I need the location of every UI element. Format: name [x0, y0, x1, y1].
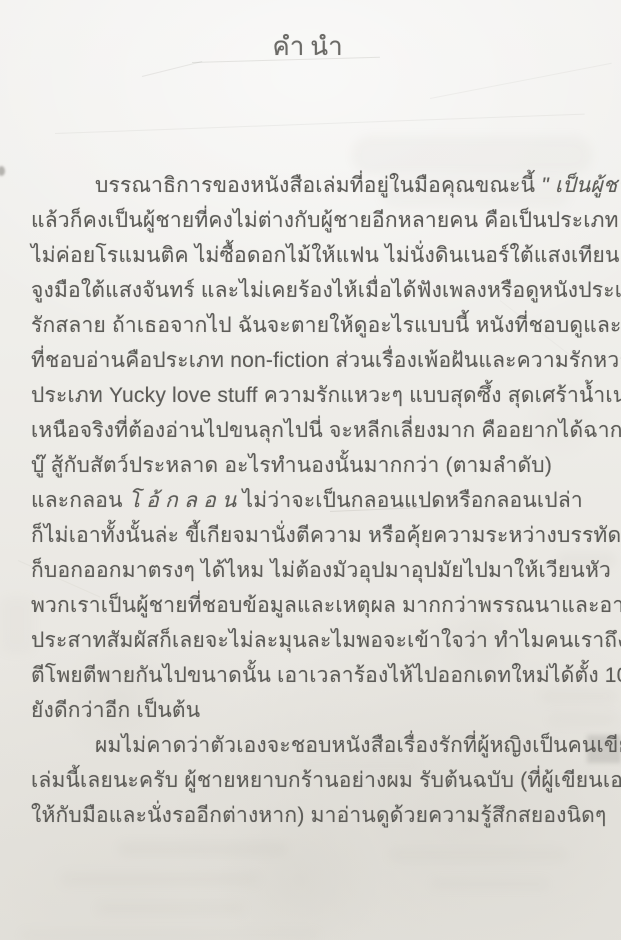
text-line: ประสาทสัมผัสก็เลยจะไม่ละมุนละไมพอจะเข้าใ…	[31, 623, 607, 658]
text-segment: เหนือจริงที่ต้องอ่านไปขนลุกไปนี่ จะหลีกเ…	[31, 419, 621, 442]
text-line: ประเภท Yucky love stuff ความรักแหวะๆ แบบ…	[31, 378, 607, 413]
text-segment: ให้กับมือและนั่งรออีกต่างหาก) มาอ่านดูด้…	[31, 804, 606, 827]
text-segment: ไม่ว่าจะเป็นกลอนแปดหรือกลอนเปล่า	[237, 489, 583, 512]
text-line: ก็ไม่เอาทั้งนั้นล่ะ ขี้เกียจมานั่งตีความ…	[31, 518, 607, 553]
text-segment: ก็บอกออกมาตรงๆ ได้ไหม ไม่ต้องมัวอุปมาอุป…	[31, 559, 611, 582]
text-segment: ไม่ค่อยโรแมนติค ไม่ซื้อดอกไม้ให้แฟน ไม่น…	[31, 244, 621, 267]
showthrough-ghost	[430, 878, 550, 890]
text-segment: บรรณาธิการของหนังสือเล่มที่อยู่ในมือคุณข…	[95, 174, 541, 197]
text-segment: พวกเราเป็นผู้ชายที่ชอบข้อมูลและเหตุผล มา…	[31, 594, 621, 617]
text-line: พวกเราเป็นผู้ชายที่ชอบข้อมูลและเหตุผล มา…	[31, 588, 607, 623]
showthrough-ghost	[96, 902, 246, 915]
text-segment: ผมไม่คาดว่าตัวเองจะชอบหนังสือเรื่องรักที…	[95, 734, 621, 757]
text-line: ยังดีกว่าอีก เป็นต้น	[31, 693, 607, 728]
text-segment: ที่ชอบอ่านคือประเภท non-fiction ส่วนเรื่…	[31, 349, 621, 372]
text-line: เล่มนี้เลยนะครับ ผู้ชายหยาบกร้านอย่างผม …	[31, 763, 607, 798]
scratch-line	[55, 114, 585, 134]
scan-speck	[0, 166, 5, 176]
text-segment: และกลอน	[31, 489, 129, 512]
text-segment: จูงมือใต้แสงจันทร์ และไม่เคยร้องไห้เมื่อ…	[31, 279, 621, 302]
text-line: ให้กับมือและนั่งรออีกต่างหาก) มาอ่านดูด้…	[31, 798, 607, 833]
body-text: บรรณาธิการของหนังสือเล่มที่อยู่ในมือคุณข…	[31, 168, 607, 833]
text-line: บู๊ สู้กับสัตว์ประหลาด อะไรทำนองนั้นมากก…	[31, 448, 607, 483]
text-line: รักสลาย ถ้าเธอจากไป ฉันจะตายให้ดูอะไรแบบ…	[31, 308, 607, 343]
text-segment: ประสาทสัมผัสก็เลยจะไม่ละมุนละไมพอจะเข้าใ…	[31, 629, 621, 652]
showthrough-ghost	[118, 842, 288, 856]
text-line: ก็บอกออกมาตรงๆ ได้ไหม ไม่ต้องมัวอุปมาอุป…	[31, 553, 607, 588]
text-segment: แล้วก็คงเป็นผู้ชายที่คงไม่ต่างกับผู้ชายอ…	[31, 209, 619, 232]
text-line: ตีโพยตีพายกันไปขนาดนั้น เอาเวลาร้องไห้ไป…	[31, 658, 607, 693]
text-line: ไม่ค่อยโรแมนติค ไม่ซื้อดอกไม้ให้แฟน ไม่น…	[31, 238, 607, 273]
text-segment: ตีโพยตีพายกันไปขนาดนั้น เอาเวลาร้องไห้ไป…	[31, 664, 621, 687]
text-line: จูงมือใต้แสงจันทร์ และไม่เคยร้องไห้เมื่อ…	[31, 273, 607, 308]
page-title: คำนำ	[0, 26, 621, 67]
showthrough-ghost	[20, 930, 320, 940]
text-line: บรรณาธิการของหนังสือเล่มที่อยู่ในมือคุณข…	[31, 168, 607, 203]
text-segment: ประเภท Yucky love stuff ความรักแหวะๆ แบบ…	[31, 384, 621, 407]
text-segment: ยังดีกว่าอีก เป็นต้น	[31, 699, 200, 722]
text-segment: บู๊ สู้กับสัตว์ประหลาด อะไรทำนองนั้นมากก…	[31, 454, 552, 477]
text-line: แล้วก็คงเป็นผู้ชายที่คงไม่ต่างกับผู้ชายอ…	[31, 203, 607, 238]
text-line: ที่ชอบอ่านคือประเภท non-fiction ส่วนเรื่…	[31, 343, 607, 378]
text-line: และกลอน โ อ้ ก ล อ น ไม่ว่าจะเป็นกลอนแปด…	[31, 483, 607, 518]
text-segment: เล่มนี้เลยนะครับ ผู้ชายหยาบกร้านอย่างผม …	[31, 769, 621, 792]
scanned-book-page: คำนำ บรรณาธิการของหนังสือเล่มที่อยู่ในมื…	[0, 0, 621, 940]
text-line: ผมไม่คาดว่าตัวเองจะชอบหนังสือเรื่องรักที…	[31, 728, 607, 763]
showthrough-ghost	[0, 596, 34, 654]
text-segment: ก็ไม่เอาทั้งนั้นล่ะ ขี้เกียจมานั่งตีความ…	[31, 524, 621, 547]
showthrough-ghost	[60, 872, 260, 886]
scratch-line	[430, 63, 612, 99]
emphasized-text: " เป็นผู้ชายครับ "	[541, 174, 621, 197]
showthrough-ghost	[388, 848, 568, 862]
text-segment: รักสลาย ถ้าเธอจากไป ฉันจะตายให้ดูอะไรแบบ…	[31, 314, 621, 337]
text-line: เหนือจริงที่ต้องอ่านไปขนลุกไปนี่ จะหลีกเ…	[31, 413, 607, 448]
emphasized-text: โ อ้ ก ล อ น	[129, 489, 237, 512]
